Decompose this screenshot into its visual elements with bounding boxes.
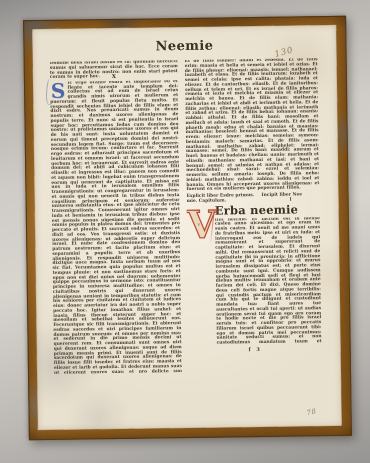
right-text-column: Et de filiis emmer: anani et zebedia. Et… — [185, 58, 322, 377]
gilt-mat-frame: Neemie 130 Domine deus israel iustus es … — [23, 16, 352, 440]
left-text-column: Domine deus israel iustus es tu: quoniam… — [50, 60, 182, 376]
ezra10-continuation-paragraph: Et de filiis emmer: anani et zebedia. Et… — [185, 58, 320, 193]
ezra10-text: Ic ergo orante esdra et implorante eo et… — [50, 80, 182, 374]
nehemiah-opening: V v Erba neemie filii helchie. Et factum… — [187, 204, 322, 345]
nehemiah-text-paragraph: filii helchie. Et factum est in mense ca… — [215, 217, 322, 344]
quire-signature: f 3 — [189, 346, 322, 354]
pencil-number: 78 — [306, 407, 317, 417]
text-block: Domine deus israel iustus es tu: quoniam… — [50, 58, 322, 379]
ezra10-paragraph: S Ic ergo orante esdra et implorante eo … — [50, 80, 182, 374]
incunable-leaf: Neemie 130 Domine deus israel iustus es … — [32, 25, 342, 430]
illuminated-initial-s: S — [50, 82, 66, 101]
rubricated-initial-v: V v — [187, 207, 213, 246]
photograph-background: Neemie 130 Domine deus israel iustus es … — [0, 0, 370, 463]
rubricator-guide-letter: v — [197, 224, 200, 229]
